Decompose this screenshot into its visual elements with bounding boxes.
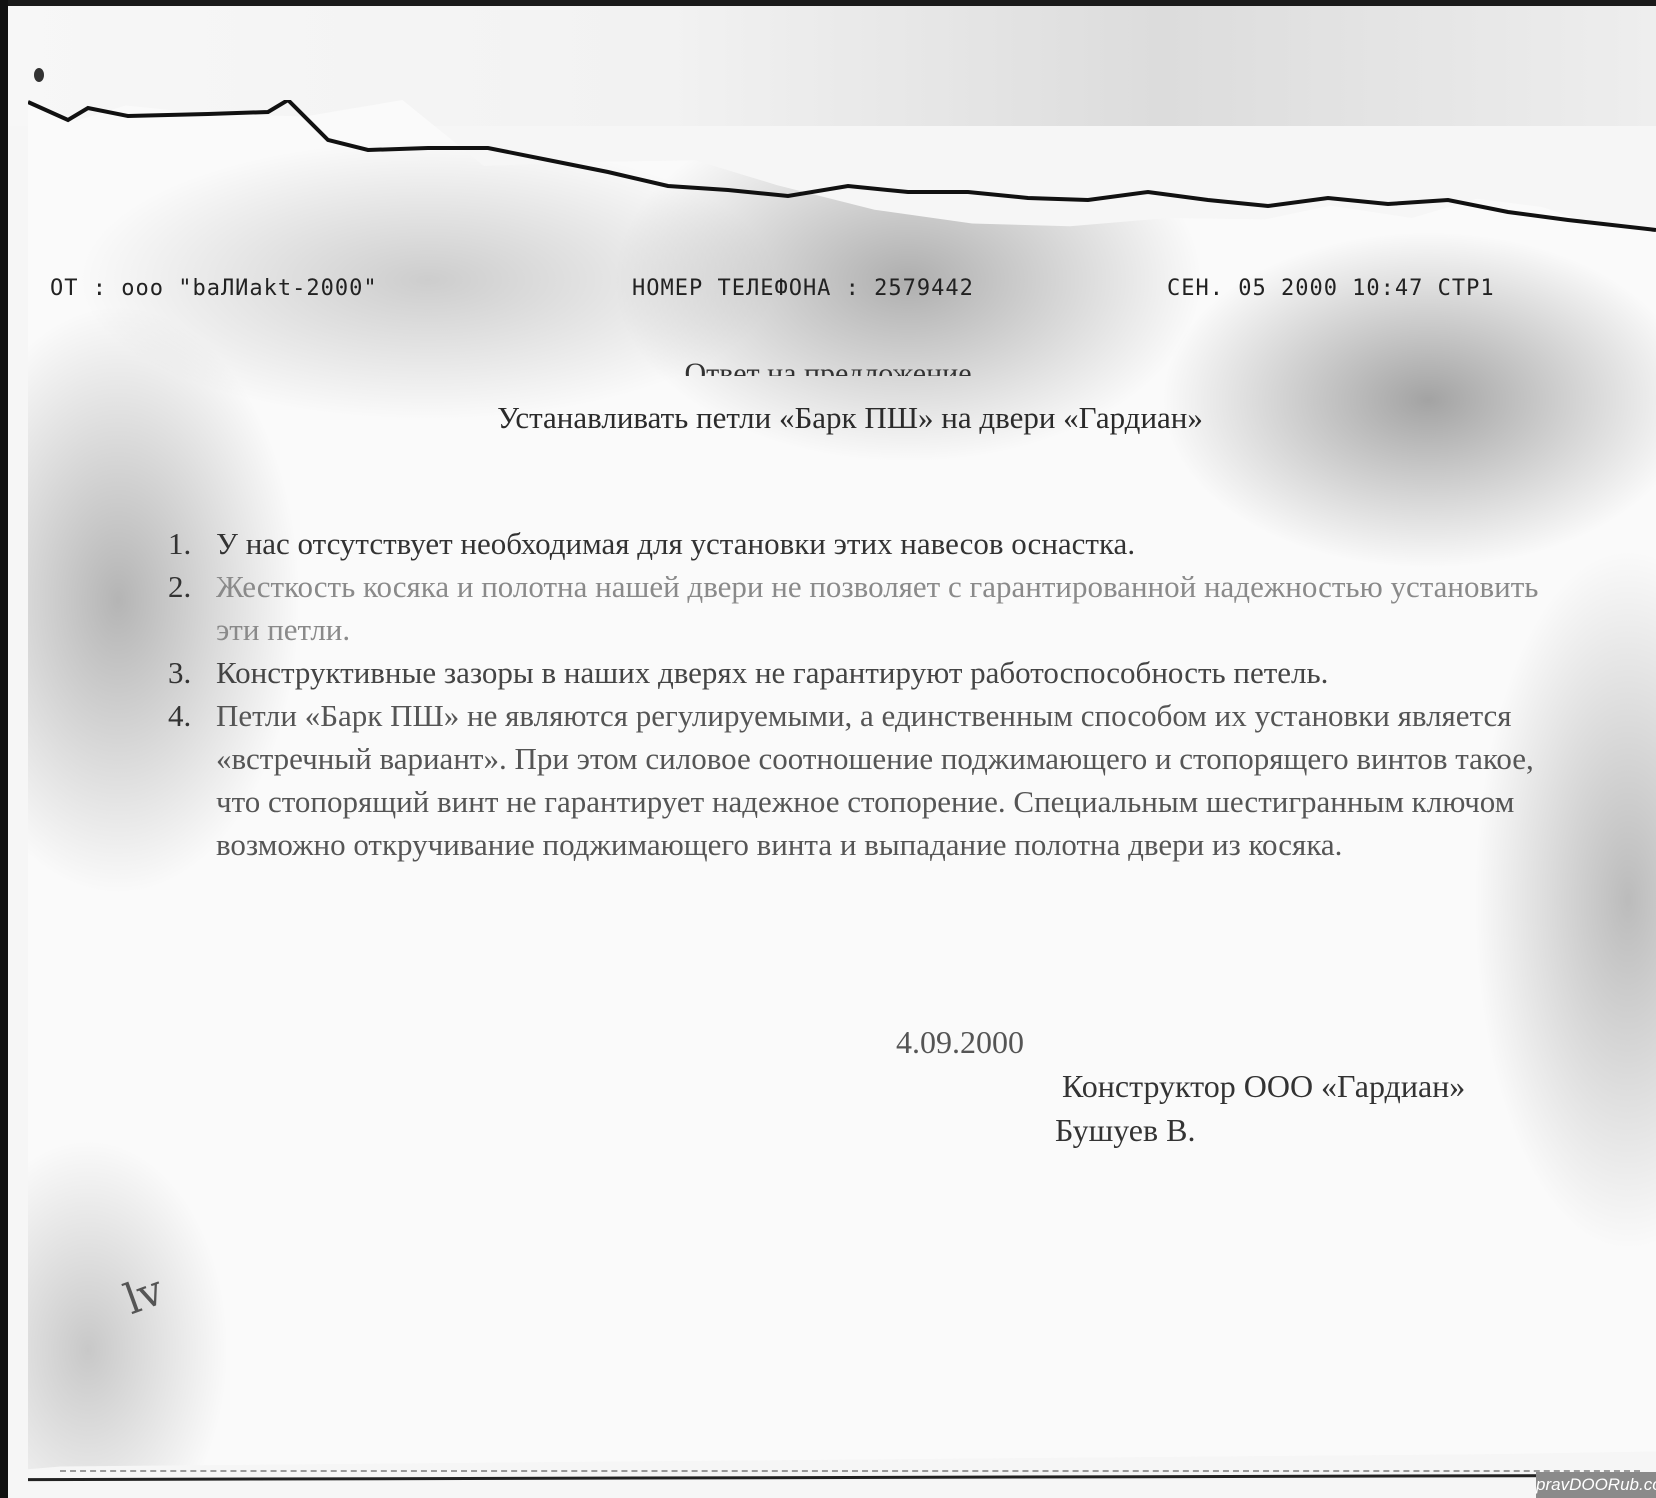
fax-header: ОТ : ооо "baЛИakt-2000" НОМЕР ТЕЛЕФОНА :… — [50, 276, 1610, 304]
signature-title: Конструктор ООО «Гардиан» — [1062, 1068, 1465, 1105]
list-item: 4. Петли «Барк ПШ» не являются регулируе… — [168, 694, 1548, 866]
objections-list: 1. У нас отсутствует необходимая для уст… — [168, 522, 1548, 866]
fax-phone: НОМЕР ТЕЛЕФОНА : 2579442 — [632, 276, 974, 301]
document-title-line1: Ответ на предложение — [0, 354, 1656, 376]
list-item: 3. Конструктивные зазоры в наших дверях … — [168, 651, 1548, 694]
scanner-background — [8, 6, 1656, 126]
document-date: 4.09.2000 — [896, 1024, 1024, 1061]
scan-frame-left — [0, 0, 8, 1498]
fax-datetime: СЕН. 05 2000 10:47 СТР1 — [1167, 276, 1495, 301]
fax-sender: ОТ : ооо "baЛИakt-2000" — [50, 276, 378, 301]
watermark: pravDOORub.com — [1536, 1472, 1656, 1498]
paper-bottom-edge — [28, 1474, 1656, 1481]
ink-spot — [34, 68, 44, 82]
document-title-line2: Устанавливать петли «Барк ПШ» на двери «… — [0, 400, 1656, 436]
list-item: 1. У нас отсутствует необходимая для уст… — [168, 522, 1548, 565]
perforation-line — [60, 1470, 1640, 1474]
list-item: 2. Жесткость косяка и полотна нашей двер… — [168, 565, 1548, 651]
signature-name: Бушуев В. — [1055, 1112, 1195, 1149]
